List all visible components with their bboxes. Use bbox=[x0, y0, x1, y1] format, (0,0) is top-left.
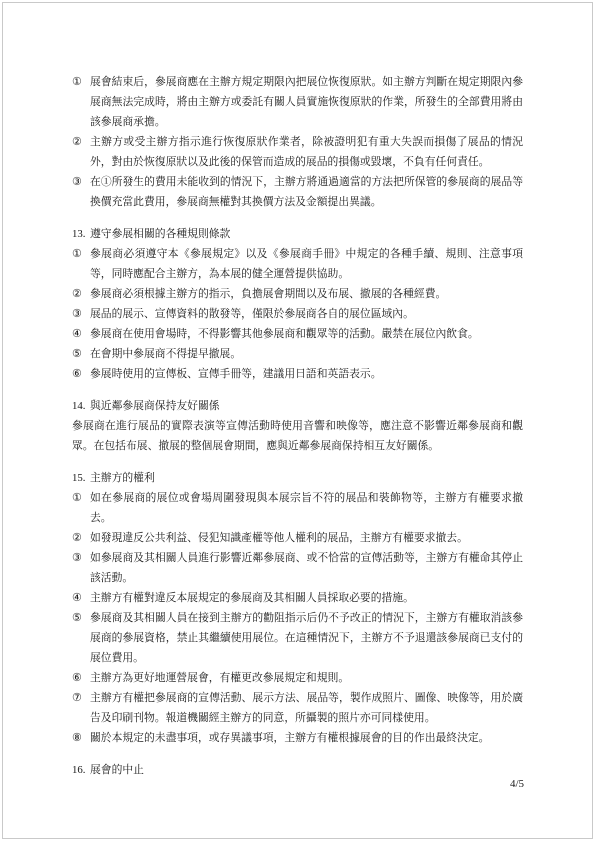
item-text: 如在參展商的展位或會場周圍發現與本展宗旨不符的展品和裝飾物等，主辦方有權要求撤去… bbox=[90, 488, 523, 528]
list-item: ⑦ 主辦方有權把參展商的宣傳活動、展示方法、展品等，製作成照片、圖像、映像等，用… bbox=[72, 688, 523, 728]
item-marker: ② bbox=[72, 528, 90, 548]
list-item: ① 如在參展商的展位或會場周圍發現與本展宗旨不符的展品和裝飾物等，主辦方有權要求… bbox=[72, 488, 523, 528]
list-item: ④ 參展商在使用會場時，不得影響其他參展商和觀眾等的活動。嚴禁在展位內飲食。 bbox=[72, 324, 523, 344]
item-marker: ⑥ bbox=[72, 364, 90, 384]
list-item: ① 展會結束后，參展商應在主辦方規定期限內把展位恢復原狀。如主辦方判斷在規定期限… bbox=[72, 72, 523, 132]
list-item: ⑤ 參展商及其相關人員在接到主辦方的勸阻指示后仍不予改正的情況下，主辦方有權取消… bbox=[72, 608, 523, 668]
item-text: 主辦方為更好地運營展會，有權更改參展規定和規則。 bbox=[90, 668, 523, 688]
section-title: 與近鄰參展商保持友好關係 bbox=[90, 396, 523, 416]
item-marker: ③ bbox=[72, 304, 90, 324]
item-marker: ⑥ bbox=[72, 668, 90, 688]
item-marker: ⑧ bbox=[72, 728, 90, 748]
item-text: 在會期中參展商不得提早撤展。 bbox=[90, 344, 523, 364]
list-item: ⑥ 主辦方為更好地運營展會，有權更改參展規定和規則。 bbox=[72, 668, 523, 688]
list-item: ③ 如參展商及其相關人員進行影響近鄰參展商、或不恰當的宣傳活動等，主辦方有權命其… bbox=[72, 548, 523, 588]
item-text: 關於本規定的未盡事項，或存異議事項，主辦方有權根據展會的目的作出最終決定。 bbox=[90, 728, 523, 748]
item-text: 展會結束后，參展商應在主辦方規定期限內把展位恢復原狀。如主辦方判斷在規定期限內參… bbox=[90, 72, 523, 132]
item-text: 主辦方有權把參展商的宣傳活動、展示方法、展品等，製作成照片、圖像、映像等，用於廣… bbox=[90, 688, 523, 728]
item-text: 參展時使用的宣傳板、宣傳手冊等，建議用日語和英語表示。 bbox=[90, 364, 523, 384]
section-number: 15. bbox=[72, 468, 90, 488]
section-title: 遵守參展相關的各種規則條款 bbox=[90, 224, 523, 244]
section-16: 16. 展會的中止 bbox=[72, 760, 523, 780]
list-item: ① 參展商必須遵守本《參展規定》以及《參展商手冊》中規定的各種手續、規則、注意事… bbox=[72, 244, 523, 284]
list-item: ② 如發現違反公共利益、侵犯知識產權等他人權利的展品，主辦方有權要求撤去。 bbox=[72, 528, 523, 548]
section-14-body: 參展商在進行展品的實際表演等宣傳活動時使用音響和映像等，應注意不影響近鄰參展商和… bbox=[72, 416, 523, 456]
item-marker: ① bbox=[72, 244, 90, 264]
section-13: 13. 遵守參展相關的各種規則條款 ① 參展商必須遵守本《參展規定》以及《參展商… bbox=[72, 224, 523, 384]
section-number: 13. bbox=[72, 224, 90, 244]
list-item: ⑤ 在會期中參展商不得提早撤展。 bbox=[72, 344, 523, 364]
item-marker: ④ bbox=[72, 588, 90, 608]
item-text: 如參展商及其相關人員進行影響近鄰參展商、或不恰當的宣傳活動等，主辦方有權命其停止… bbox=[90, 548, 523, 588]
document-page: ① 展會結束后，參展商應在主辦方規定期限內把展位恢復原狀。如主辦方判斷在規定期限… bbox=[0, 0, 595, 842]
intro-list: ① 展會結束后，參展商應在主辦方規定期限內把展位恢復原狀。如主辦方判斷在規定期限… bbox=[72, 72, 523, 212]
section-number: 14. bbox=[72, 396, 90, 416]
section-number: 16. bbox=[72, 760, 90, 780]
item-text: 主辦方有權對違反本展規定的參展商及其相關人員採取必要的措施。 bbox=[90, 588, 523, 608]
list-item: ③ 在①所發生的費用未能收到的情況下，主辦方將通過適當的方法把所保管的參展商的展… bbox=[72, 172, 523, 212]
list-item: ⑥ 參展時使用的宣傳板、宣傳手冊等，建議用日語和英語表示。 bbox=[72, 364, 523, 384]
section-15: 15. 主辦方的權利 ① 如在參展商的展位或會場周圍發現與本展宗旨不符的展品和裝… bbox=[72, 468, 523, 748]
list-item: ② 參展商必須根據主辦方的指示，負擔展會期間以及布展、撤展的各種經費。 bbox=[72, 284, 523, 304]
document-content: ① 展會結束后，參展商應在主辦方規定期限內把展位恢復原狀。如主辦方判斷在規定期限… bbox=[72, 72, 523, 780]
page-number: 4/5 bbox=[510, 777, 524, 791]
item-text: 參展商在使用會場時，不得影響其他參展商和觀眾等的活動。嚴禁在展位內飲食。 bbox=[90, 324, 523, 344]
item-marker: ① bbox=[72, 488, 90, 508]
list-item: ④ 主辦方有權對違反本展規定的參展商及其相關人員採取必要的措施。 bbox=[72, 588, 523, 608]
item-marker: ② bbox=[72, 132, 90, 152]
section-15-heading: 15. 主辦方的權利 bbox=[72, 468, 523, 488]
item-text: 主辦方或受主辦方指示進行恢復原狀作業者，除被證明犯有重大失誤而損傷了展品的情況外… bbox=[90, 132, 523, 172]
item-text: 如發現違反公共利益、侵犯知識產權等他人權利的展品，主辦方有權要求撤去。 bbox=[90, 528, 523, 548]
item-marker: ② bbox=[72, 284, 90, 304]
section-16-heading: 16. 展會的中止 bbox=[72, 760, 523, 780]
item-text: 參展商及其相關人員在接到主辦方的勸阻指示后仍不予改正的情況下，主辦方有權取消該參… bbox=[90, 608, 523, 668]
item-marker: ⑦ bbox=[72, 688, 90, 708]
item-marker: ① bbox=[72, 72, 90, 92]
section-14-heading: 14. 與近鄰參展商保持友好關係 bbox=[72, 396, 523, 416]
item-text: 參展商必須遵守本《參展規定》以及《參展商手冊》中規定的各種手續、規則、注意事項等… bbox=[90, 244, 523, 284]
section-13-heading: 13. 遵守參展相關的各種規則條款 bbox=[72, 224, 523, 244]
item-text: 參展商必須根據主辦方的指示，負擔展會期間以及布展、撤展的各種經費。 bbox=[90, 284, 523, 304]
item-text: 在①所發生的費用未能收到的情況下，主辦方將通過適當的方法把所保管的參展商的展品等… bbox=[90, 172, 523, 212]
item-marker: ③ bbox=[72, 172, 90, 192]
list-item: ③ 展品的展示、宣傳資料的散發等，僅限於參展商各自的展位區域內。 bbox=[72, 304, 523, 324]
list-item: ② 主辦方或受主辦方指示進行恢復原狀作業者，除被證明犯有重大失誤而損傷了展品的情… bbox=[72, 132, 523, 172]
item-marker: ⑤ bbox=[72, 608, 90, 628]
item-marker: ⑤ bbox=[72, 344, 90, 364]
section-title: 主辦方的權利 bbox=[90, 468, 523, 488]
item-marker: ③ bbox=[72, 548, 90, 568]
list-item: ⑧ 關於本規定的未盡事項，或存異議事項，主辦方有權根據展會的目的作出最終決定。 bbox=[72, 728, 523, 748]
item-text: 展品的展示、宣傳資料的散發等，僅限於參展商各自的展位區域內。 bbox=[90, 304, 523, 324]
item-marker: ④ bbox=[72, 324, 90, 344]
section-14: 14. 與近鄰參展商保持友好關係 參展商在進行展品的實際表演等宣傳活動時使用音響… bbox=[72, 396, 523, 456]
section-title: 展會的中止 bbox=[90, 760, 523, 780]
